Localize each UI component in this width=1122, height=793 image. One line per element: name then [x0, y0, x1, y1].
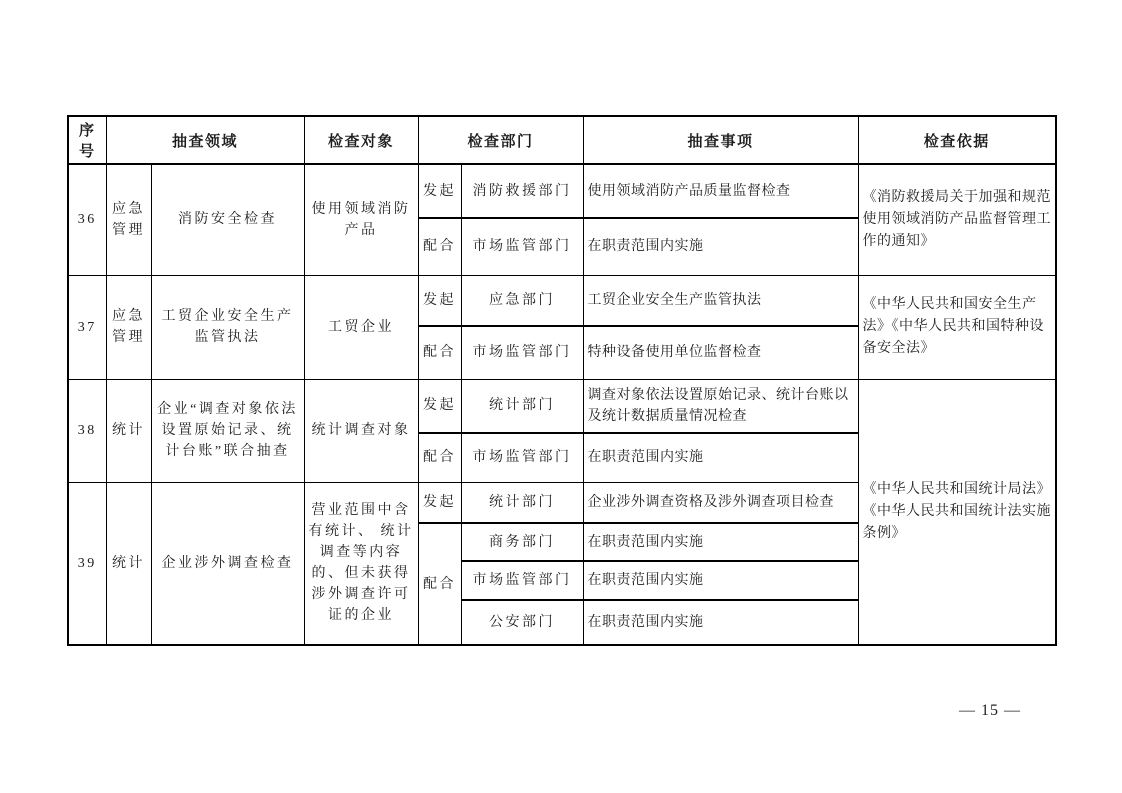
table-row: 36 应急管理 消防安全检查 使用领域消防产品 发起 消防救援部门 使用领域消防…: [68, 164, 1056, 218]
cell-department-39-commerce: 商务部门: [461, 523, 583, 561]
cell-role-38-initiate: 发起: [418, 379, 461, 433]
cell-category-39: 统计: [106, 482, 151, 645]
cell-field-name-36: 消防安全检查: [151, 164, 304, 275]
cell-role-38-assist: 配合: [418, 433, 461, 482]
table-header-row: 序号 抽查领域 检查对象 检查部门 抽查事项 检查依据: [68, 116, 1056, 164]
cell-category-37: 应急管理: [106, 275, 151, 379]
page-number: — 15 —: [930, 702, 1050, 720]
cell-matter-39-initiate: 企业涉外调查资格及涉外调查项目检查: [583, 482, 858, 523]
cell-object-38: 统计调查对象: [304, 379, 418, 482]
cell-basis-36: 《消防救援局关于加强和规范使用领域消防产品监督管理工作的通知》: [858, 164, 1056, 275]
cell-field-name-37: 工贸企业安全生产监管执法: [151, 275, 304, 379]
cell-field-name-39: 企业涉外调查检查: [151, 482, 304, 645]
header-object: 检查对象: [304, 116, 418, 164]
header-basis: 检查依据: [858, 116, 1056, 164]
cell-matter-39-market: 在职责范围内实施: [583, 561, 858, 600]
cell-department-38-assist: 市场监管部门: [461, 433, 583, 482]
cell-no-36: 36: [68, 164, 106, 275]
document-page: 序号 抽查领域 检查对象 检查部门 抽查事项 检查依据 36 应急管理 消防安全…: [0, 0, 1122, 793]
cell-object-39: 营业范围中含有统计、 统计调查等内容的、但未获得涉外调查许可证的企业: [304, 482, 418, 645]
cell-no-37: 37: [68, 275, 106, 379]
cell-basis-38-39: 《中华人民共和国统计局法》《中华人民共和国统计法实施条例》: [858, 379, 1056, 645]
cell-matter-38-initiate: 调查对象依法设置原始记录、统计台账以及统计数据质量情况检查: [583, 379, 858, 433]
cell-role-39-initiate: 发起: [418, 482, 461, 523]
cell-department-37-assist: 市场监管部门: [461, 326, 583, 379]
header-no: 序号: [68, 116, 106, 164]
cell-matter-39-police: 在职责范围内实施: [583, 600, 858, 645]
cell-basis-37: 《中华人民共和国安全生产法》《中华人民共和国特种设备安全法》: [858, 275, 1056, 379]
cell-matter-37-assist: 特种设备使用单位监督检查: [583, 326, 858, 379]
cell-field-name-38: 企业“调查对象依法设置原始记录、统计台账”联合抽查: [151, 379, 304, 482]
header-department: 检查部门: [418, 116, 583, 164]
cell-no-38: 38: [68, 379, 106, 482]
cell-department-36-assist: 市场监管部门: [461, 218, 583, 275]
cell-no-39: 39: [68, 482, 106, 645]
cell-department-38-initiate: 统计部门: [461, 379, 583, 433]
cell-matter-37-initiate: 工贸企业安全生产监管执法: [583, 275, 858, 326]
cell-department-37-initiate: 应急部门: [461, 275, 583, 326]
cell-category-36: 应急管理: [106, 164, 151, 275]
cell-category-38: 统计: [106, 379, 151, 482]
cell-department-39-police: 公安部门: [461, 600, 583, 645]
cell-role-39-assist: 配合: [418, 523, 461, 645]
cell-matter-38-assist: 在职责范围内实施: [583, 433, 858, 482]
cell-matter-39-commerce: 在职责范围内实施: [583, 523, 858, 561]
cell-object-36: 使用领域消防产品: [304, 164, 418, 275]
cell-role-36-initiate: 发起: [418, 164, 461, 218]
header-field: 抽查领域: [106, 116, 304, 164]
cell-role-37-initiate: 发起: [418, 275, 461, 326]
cell-department-36-initiate: 消防救援部门: [461, 164, 583, 218]
cell-role-37-assist: 配合: [418, 326, 461, 379]
table-row: 37 应急管理 工贸企业安全生产监管执法 工贸企业 发起 应急部门 工贸企业安全…: [68, 275, 1056, 326]
cell-matter-36-initiate: 使用领域消防产品质量监督检查: [583, 164, 858, 218]
cell-object-37: 工贸企业: [304, 275, 418, 379]
table-row: 38 统计 企业“调查对象依法设置原始记录、统计台账”联合抽查 统计调查对象 发…: [68, 379, 1056, 433]
cell-matter-36-assist: 在职责范围内实施: [583, 218, 858, 275]
cell-department-39-initiate: 统计部门: [461, 482, 583, 523]
cell-department-39-market: 市场监管部门: [461, 561, 583, 600]
header-matter: 抽查事项: [583, 116, 858, 164]
spot-check-table: 序号 抽查领域 检查对象 检查部门 抽查事项 检查依据 36 应急管理 消防安全…: [67, 115, 1057, 646]
cell-role-36-assist: 配合: [418, 218, 461, 275]
